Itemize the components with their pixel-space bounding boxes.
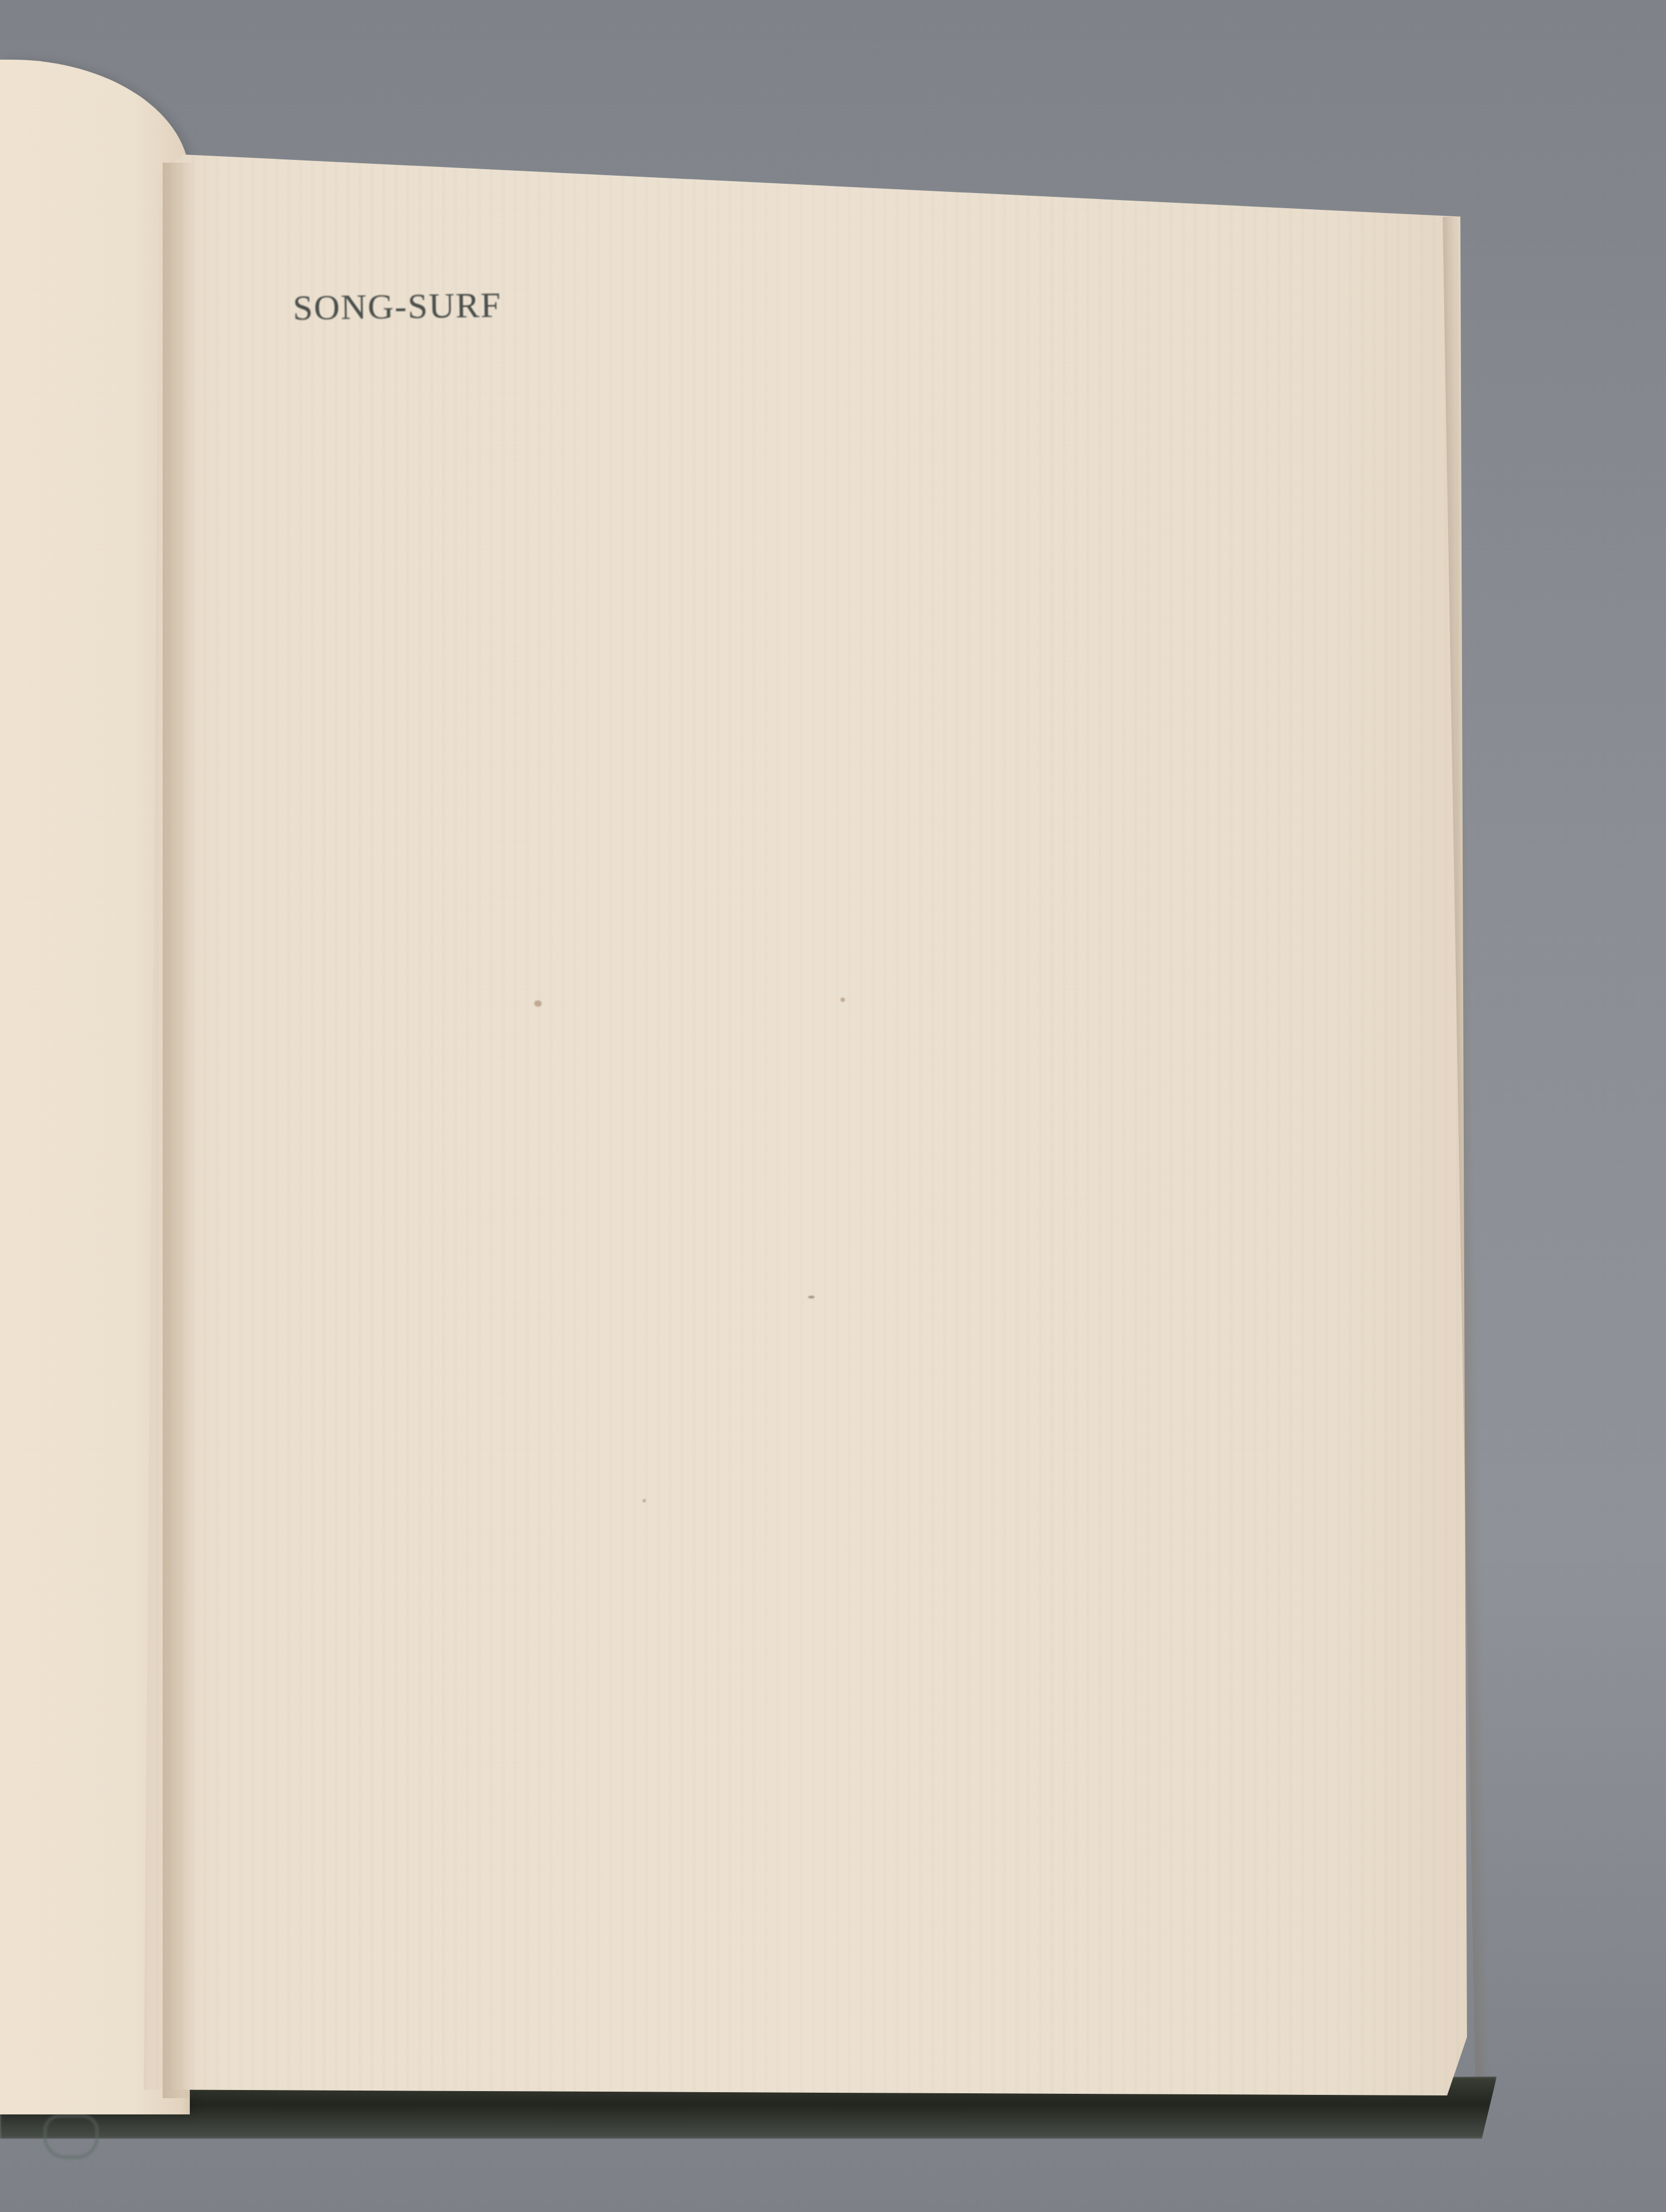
paper-speck bbox=[643, 1499, 646, 1502]
paper-speck bbox=[534, 1000, 542, 1007]
cover-emblem-icon bbox=[43, 2114, 99, 2159]
book-photo-scene: SONG-SURF bbox=[0, 0, 1666, 2212]
book-gutter bbox=[163, 163, 195, 2098]
page-title: SONG-SURF bbox=[292, 285, 502, 329]
paper-speck bbox=[808, 1296, 815, 1298]
right-page bbox=[144, 155, 1467, 2095]
paper-speck bbox=[841, 998, 845, 1002]
